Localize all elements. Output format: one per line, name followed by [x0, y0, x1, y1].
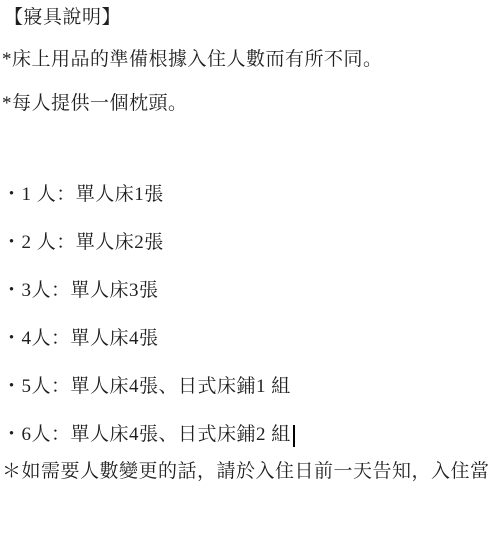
- note-line[interactable]: *床上用品的準備根據入住人數而有所不同。: [2, 48, 484, 72]
- bedding-list-item[interactable]: ・5人：單人床4張、日式床鋪1 組: [2, 375, 484, 399]
- document-title: 【寢具說明】: [2, 6, 484, 30]
- note-line[interactable]: *每人提供一個枕頭。: [2, 92, 484, 116]
- bedding-list-item[interactable]: ・4人：單人床4張: [2, 327, 484, 351]
- bedding-list-item[interactable]: ・2 人：單人床2張: [2, 231, 484, 255]
- change-policy-note[interactable]: ＊如需要人數變更的話，請於入住日前一天告知，入住當天無法做任何變更。: [2, 460, 484, 484]
- bedding-list-item[interactable]: ・3人：單人床3張: [2, 279, 484, 303]
- document-page[interactable]: 【寢具說明】 *床上用品的準備根據入住人數而有所不同。 *每人提供一個枕頭。 ・…: [0, 0, 488, 534]
- bedding-list-item[interactable]: ・1 人：單人床1張: [2, 183, 484, 207]
- bedding-list-item-text: ・6人：單人床4張、日式床鋪2 組: [2, 424, 291, 445]
- bedding-list-item[interactable]: ・6人：單人床4張、日式床鋪2 組: [2, 423, 484, 447]
- text-cursor: [293, 425, 295, 447]
